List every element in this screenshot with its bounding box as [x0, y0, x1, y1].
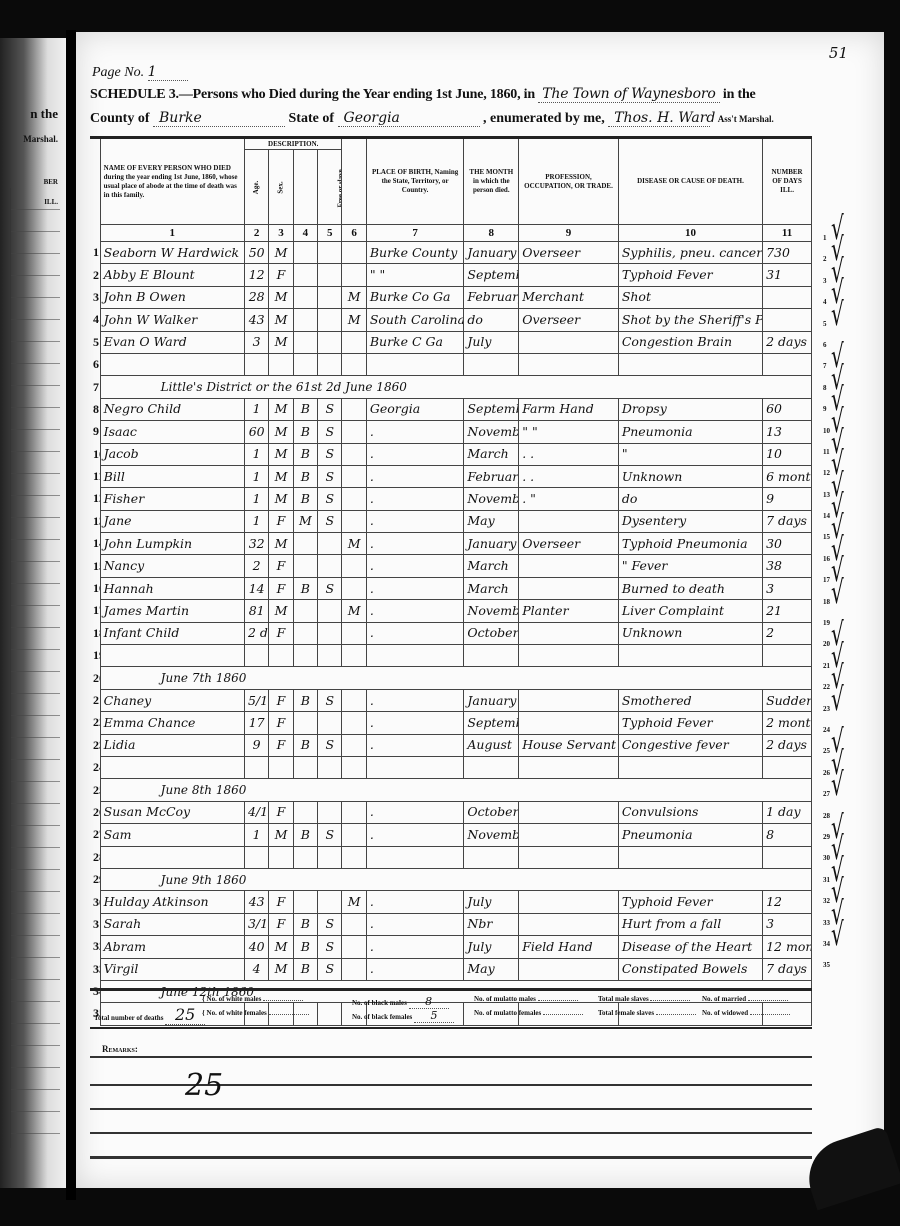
table-row: 27Sam1MBS.NovemberPneumonia8 — [90, 824, 812, 846]
cell-age: 1 — [253, 513, 261, 528]
cell-occupation: Field Hand — [522, 939, 592, 954]
cell-name — [100, 645, 244, 667]
book-spine — [66, 30, 76, 1200]
cell-status: S — [325, 513, 334, 528]
census-page: 51 Page No. 1 SCHEDULE 3.—Persons who Di… — [76, 32, 884, 1188]
cell-color — [293, 801, 317, 823]
cell-sex: M — [269, 958, 293, 980]
right-line-numbers: 1√2√3√4√5√67√8√9√10√11√12√13√14√15√16√17… — [823, 228, 847, 977]
cell-color: B — [301, 737, 310, 752]
table-row: 11Bill1MBS.February. .Unknown6 months — [90, 465, 812, 487]
table-row: 2Abby E Blount12F" "SeptemberTyphoid Fev… — [90, 264, 812, 286]
cell-married: M — [348, 289, 361, 304]
row-number: 16 — [90, 577, 100, 599]
cell-cause: Convulsions — [622, 804, 699, 819]
cell-age: 50 — [244, 242, 268, 264]
cell-occupation: . " — [522, 491, 536, 506]
cell-age: 4 — [253, 961, 261, 976]
cell-status: S — [318, 443, 342, 465]
cell-days: 2 days — [766, 737, 807, 752]
section-note: June 8th 1860 — [100, 779, 811, 801]
col-header-color: Color, White, black, or mulatto. — [293, 150, 317, 225]
totals-section: Total number of deaths 25 { No. of white… — [90, 988, 812, 1029]
cell-age: 43 — [249, 312, 265, 327]
cell-married — [342, 577, 366, 599]
cell-status: S — [318, 488, 342, 510]
prev-page-fragment: Marshal. — [23, 134, 58, 144]
cell-sex: M — [275, 401, 288, 416]
cell-days: 8 — [766, 827, 774, 842]
cell-cause: Typhoid Fever — [618, 264, 762, 286]
cell-status — [318, 264, 342, 286]
cell-color: B — [293, 958, 317, 980]
cell-month — [464, 846, 519, 868]
cell-days: 13 — [763, 421, 812, 443]
cell-age — [244, 756, 268, 778]
cell-age: 3/12 — [244, 913, 268, 935]
cell-sex: M — [275, 446, 288, 461]
cell-days: 7 days — [766, 961, 807, 976]
page-clip — [799, 1126, 900, 1211]
cell-month: March — [464, 577, 519, 599]
cell-age: 4/12 — [248, 804, 269, 819]
cell-days: 1 day — [763, 801, 812, 823]
cell-birth: . — [370, 939, 374, 954]
remarks-note: 25 — [185, 1068, 223, 1103]
cell-birth: . — [370, 513, 374, 528]
cell-color — [293, 712, 317, 734]
cell-month: February — [464, 286, 519, 308]
cell-cause: Unknown — [622, 469, 683, 484]
cell-cause: Typhoid Fever — [622, 894, 713, 909]
cell-birth: . — [370, 961, 374, 976]
cell-days: 31 — [766, 267, 782, 282]
cell-days: 21 — [763, 600, 812, 622]
cell-married — [342, 421, 366, 443]
cell-month: March — [464, 555, 519, 577]
town-value: The Town of Waynesboro — [538, 86, 719, 103]
right-line-number: 34√ — [823, 934, 847, 955]
cell-cause: Constipated Bowels — [618, 958, 762, 980]
slave-counts: Total male slaves Total female slaves — [598, 995, 696, 1023]
cell-name: John Lumpkin — [100, 533, 244, 555]
cell-color: B — [293, 488, 317, 510]
cell-age: 17 — [244, 712, 268, 734]
table-row: 7Little's District or the 61st 2d June 1… — [90, 376, 812, 398]
county-value: Burke — [153, 110, 285, 127]
cell-birth: . — [366, 824, 464, 846]
cell-name: Emma Chance — [100, 712, 244, 734]
cell-married — [342, 622, 366, 644]
cell-age: 50 — [249, 245, 265, 260]
cell-birth: . — [370, 827, 374, 842]
cell-cause: Shot — [622, 289, 651, 304]
table-row: 10Jacob1MBS.March. ."10 — [90, 443, 812, 465]
cell-status: S — [318, 913, 342, 935]
cell-sex: F — [277, 916, 286, 931]
cell-age: 1 — [253, 827, 261, 842]
section-note: June 9th 1860 — [100, 868, 811, 890]
col-header-birthplace: PLACE OF BIRTH, Naming the State, Territ… — [366, 138, 464, 225]
table-row: 21Chaney5/12FBS.JanuarySmotheredSudden — [90, 689, 812, 711]
cell-color: B — [301, 581, 310, 596]
cell-month: November — [467, 603, 518, 618]
cell-name: Abby E Blount — [100, 264, 244, 286]
cell-birth: . — [366, 465, 464, 487]
cell-sex: F — [277, 894, 286, 909]
cell-name: Sarah — [104, 916, 142, 931]
cell-cause: Congestive fever — [622, 737, 729, 752]
cell-occupation — [519, 331, 619, 353]
cell-married: M — [342, 533, 366, 555]
cell-color — [293, 242, 317, 264]
cell-cause: " Fever — [622, 558, 668, 573]
cell-month: May — [467, 961, 494, 976]
cell-married — [342, 689, 366, 711]
cell-occupation: Merchant — [519, 286, 619, 308]
cell-sex: F — [269, 801, 293, 823]
cell-name: Abby E Blount — [104, 267, 195, 282]
cell-age: 14 — [249, 581, 265, 596]
cell-age: 43 — [249, 894, 265, 909]
cell-birth: . — [366, 533, 464, 555]
cell-color: B — [293, 689, 317, 711]
col-header-profession: PROFESSION, OCCUPATION, OR TRADE. — [519, 138, 619, 225]
cell-age: 40 — [249, 939, 265, 954]
check-mark-icon: √ — [831, 297, 844, 331]
cell-age: 60 — [249, 424, 265, 439]
row-number: 25 — [90, 779, 100, 801]
cell-name: John W Walker — [104, 312, 198, 327]
col-header-age: Age. — [244, 150, 268, 225]
cell-days: 9 — [763, 488, 812, 510]
cell-name: Hannah — [100, 577, 244, 599]
cell-occupation — [519, 846, 619, 868]
county-label: County of — [90, 111, 150, 126]
cell-month: Nbr — [464, 913, 519, 935]
col-number: 6 — [342, 225, 366, 242]
cell-occupation: " " — [519, 421, 619, 443]
cell-color — [293, 891, 317, 913]
enumerated-label: , enumerated by me, — [483, 111, 605, 126]
cell-days: 21 — [766, 603, 782, 618]
state-label: State of — [289, 111, 335, 126]
cell-month: do — [464, 309, 519, 331]
cell-married — [342, 398, 366, 420]
cell-married — [342, 846, 366, 868]
cell-cause: Syphilis, pneu. cancer (Pneumonia) — [618, 242, 762, 264]
cell-name: Lidia — [100, 734, 244, 756]
cell-birth: . — [366, 734, 464, 756]
cell-cause: Unknown — [618, 465, 762, 487]
cell-sex: M — [275, 289, 288, 304]
cell-name: James Martin — [104, 603, 189, 618]
cell-days: 730 — [763, 242, 812, 264]
cell-age: 12 — [244, 264, 268, 286]
cell-name: Negro Child — [100, 398, 244, 420]
cell-cause: " Fever — [618, 555, 762, 577]
cell-age: 43 — [244, 309, 268, 331]
cell-days: 38 — [763, 555, 812, 577]
cell-married — [342, 353, 366, 375]
cell-days: 6 months — [763, 465, 812, 487]
cell-sex — [269, 353, 293, 375]
row-number: 31 — [90, 913, 100, 935]
table-row: 1Seaborn W Hardwick50MBurke CountyJanuar… — [90, 242, 812, 264]
cell-days — [763, 756, 812, 778]
cell-age — [244, 645, 268, 667]
right-line-number: 23√ — [823, 699, 847, 720]
table-row: 29June 9th 1860 — [90, 868, 812, 890]
cell-occupation: Overseer — [522, 312, 580, 327]
cell-sex: F — [277, 693, 286, 708]
cell-sex: M — [275, 312, 288, 327]
cell-name — [100, 756, 244, 778]
cell-color: B — [301, 939, 310, 954]
cell-cause: Smothered — [622, 693, 692, 708]
right-line-number: 27√ — [823, 784, 847, 805]
cell-cause: Disease of the Heart — [618, 936, 762, 958]
cell-days — [763, 846, 812, 868]
cell-occupation — [519, 264, 619, 286]
cell-birth: Burke County — [366, 242, 464, 264]
cell-days: 60 — [766, 401, 782, 416]
cell-name: Susan McCoy — [104, 804, 190, 819]
row-number: 18 — [90, 622, 100, 644]
cell-occupation — [519, 689, 619, 711]
cell-sex: M — [269, 533, 293, 555]
cell-month: February — [467, 469, 518, 484]
prev-page-fragment: BER — [44, 178, 58, 186]
cell-status: S — [325, 827, 334, 842]
cell-married — [342, 756, 366, 778]
cell-name: Hannah — [104, 581, 154, 596]
cell-birth: . — [366, 510, 464, 532]
cell-cause: Typhoid Fever — [622, 267, 713, 282]
cell-sex: F — [277, 513, 286, 528]
cell-age: 4/12 — [244, 801, 268, 823]
cell-month: August — [467, 737, 512, 752]
cell-color — [293, 353, 317, 375]
cell-married: M — [342, 309, 366, 331]
cell-days: 6 months — [766, 469, 811, 484]
cell-status: S — [318, 689, 342, 711]
col-number: 10 — [618, 225, 762, 242]
remarks-line — [90, 1108, 812, 1110]
cell-birth: Burke C Ga — [370, 334, 443, 349]
cell-days: 31 — [763, 264, 812, 286]
cell-married — [342, 264, 366, 286]
table-row: 4John W Walker43MMSouth CarolinadoOverse… — [90, 309, 812, 331]
cell-status — [318, 756, 342, 778]
cell-birth — [366, 756, 464, 778]
cell-cause: Pneumonia — [622, 827, 693, 842]
cell-days — [763, 645, 812, 667]
cell-age: 9 — [244, 734, 268, 756]
cell-status: S — [325, 446, 334, 461]
cell-occupation — [519, 891, 619, 913]
check-mark-icon: √ — [831, 768, 844, 802]
cell-name: Virgil — [100, 958, 244, 980]
cell-color: B — [301, 469, 310, 484]
cell-birth: South Carolina — [366, 309, 464, 331]
cell-cause: Dysentery — [622, 513, 686, 528]
cell-month: September — [467, 401, 518, 416]
cell-month: September — [467, 267, 518, 282]
cell-month: May — [464, 510, 519, 532]
cell-days: 38 — [766, 558, 782, 573]
cell-birth: . — [366, 958, 464, 980]
cell-occupation: " " — [522, 424, 537, 439]
cell-name: John B Owen — [104, 289, 186, 304]
county-line: County of Burke State of Georgia , enume… — [90, 110, 810, 127]
cell-color: B — [293, 421, 317, 443]
total-deaths: Total number of deaths 25 — [94, 1005, 205, 1025]
row-number: 19 — [90, 645, 100, 667]
cell-sex: F — [269, 555, 293, 577]
cell-sex — [269, 645, 293, 667]
cell-age: 12 — [249, 267, 265, 282]
cell-status — [318, 891, 342, 913]
cell-sex: F — [277, 581, 286, 596]
remarks-line — [90, 1056, 812, 1058]
cell-name: Nancy — [104, 558, 145, 573]
cell-cause: Dropsy — [618, 398, 762, 420]
table-row: 22Emma Chance17F.SeptemberTyphoid Fever2… — [90, 712, 812, 734]
col-number: 8 — [464, 225, 519, 242]
cell-occupation — [519, 712, 619, 734]
cell-days: Sudden — [766, 693, 811, 708]
cell-status: S — [325, 491, 334, 506]
cell-color — [293, 600, 317, 622]
cell-month: October — [464, 801, 519, 823]
cell-occupation: Overseer — [522, 245, 580, 260]
cell-days: 9 — [766, 491, 774, 506]
cell-married — [342, 734, 366, 756]
cell-cause: Congestive fever — [618, 734, 762, 756]
cell-status: S — [325, 424, 334, 439]
table-row: 16Hannah14FBS.MarchBurned to death3 — [90, 577, 812, 599]
cell-age: 9 — [253, 737, 261, 752]
cell-status: S — [318, 824, 342, 846]
cell-cause: Constipated Bowels — [622, 961, 748, 976]
cell-sex: M — [269, 465, 293, 487]
cell-status: S — [318, 510, 342, 532]
cell-sex: M — [269, 398, 293, 420]
cell-age: 3 — [244, 331, 268, 353]
cell-month: October — [467, 625, 518, 640]
cell-month: July — [464, 331, 519, 353]
cell-cause — [618, 756, 762, 778]
cell-days: 60 — [763, 398, 812, 420]
cell-sex: F — [269, 913, 293, 935]
table-row: 33Virgil4MBS.MayConstipated Bowels7 days — [90, 958, 812, 980]
marital-counts: No. of married No. of widowed — [702, 995, 790, 1023]
cell-name: Jane — [100, 510, 244, 532]
cell-month — [464, 645, 519, 667]
cell-age: 40 — [244, 936, 268, 958]
remarks-line — [90, 1132, 812, 1134]
cell-birth: . — [370, 581, 374, 596]
cell-sex: M — [275, 491, 288, 506]
cell-status: S — [325, 469, 334, 484]
cell-occupation — [519, 801, 619, 823]
row-number: 28 — [90, 846, 100, 868]
cell-color — [293, 309, 317, 331]
cell-birth: . — [370, 491, 374, 506]
cell-occupation: House Servant — [522, 737, 616, 752]
cell-occupation: Merchant — [522, 289, 584, 304]
cell-color — [293, 756, 317, 778]
cell-name: Emma Chance — [104, 715, 196, 730]
cell-color: B — [301, 693, 310, 708]
cell-days: 13 — [766, 424, 782, 439]
cell-sex: M — [269, 286, 293, 308]
cell-color — [293, 533, 317, 555]
cell-color — [293, 286, 317, 308]
cell-month: May — [464, 958, 519, 980]
table-row: 3John B Owen28MMBurke Co GaFebruaryMerch… — [90, 286, 812, 308]
cell-sex: M — [275, 245, 288, 260]
check-mark-icon: √ — [831, 682, 844, 716]
cell-status — [318, 353, 342, 375]
cell-cause: Typhoid Fever — [622, 715, 713, 730]
right-line-number: 5√ — [823, 314, 847, 335]
marshal-label: Ass't Marshal. — [718, 114, 774, 124]
cell-days: 730 — [766, 245, 790, 260]
row-number: 20 — [90, 667, 100, 689]
section-note: June 7th 1860 — [100, 667, 811, 689]
row-number: 32 — [90, 936, 100, 958]
cell-married — [342, 331, 366, 353]
cell-status — [318, 645, 342, 667]
in-the-label: in the — [723, 87, 756, 102]
cell-birth: . — [366, 712, 464, 734]
cell-cause — [618, 846, 762, 868]
cell-sex: F — [269, 264, 293, 286]
col-header-free-slave: Free or slave. — [318, 150, 342, 225]
cell-age: 3/12 — [248, 916, 269, 931]
cell-color — [293, 846, 317, 868]
cell-color — [293, 622, 317, 644]
cell-sex — [269, 846, 293, 868]
cell-age: 1 — [244, 465, 268, 487]
cell-birth: Georgia — [366, 398, 464, 420]
cell-cause: do — [622, 491, 638, 506]
cell-name: Virgil — [104, 961, 139, 976]
cell-age: 5/12 — [244, 689, 268, 711]
cell-sex: F — [277, 558, 286, 573]
cell-name: Abram — [100, 936, 244, 958]
cell-birth: . — [366, 622, 464, 644]
cell-status — [318, 846, 342, 868]
cell-age: 17 — [249, 715, 265, 730]
cell-days: 8 — [763, 824, 812, 846]
cell-cause: " — [622, 446, 628, 461]
cell-birth: . — [370, 469, 374, 484]
cell-name: Bill — [100, 465, 244, 487]
cell-occupation — [519, 958, 619, 980]
cell-birth: Burke C Ga — [366, 331, 464, 353]
schedule-text: —Persons who Died during the Year ending… — [179, 87, 535, 102]
cell-days: 1 day — [766, 804, 800, 819]
cell-status: S — [318, 734, 342, 756]
cell-color: M — [299, 513, 312, 528]
table-row: 28 — [90, 846, 812, 868]
col-header-name: NAME OF EVERY PERSON WHO DIED during the… — [100, 138, 244, 225]
cell-name: Abram — [104, 939, 146, 954]
cell-birth: . — [366, 600, 464, 622]
